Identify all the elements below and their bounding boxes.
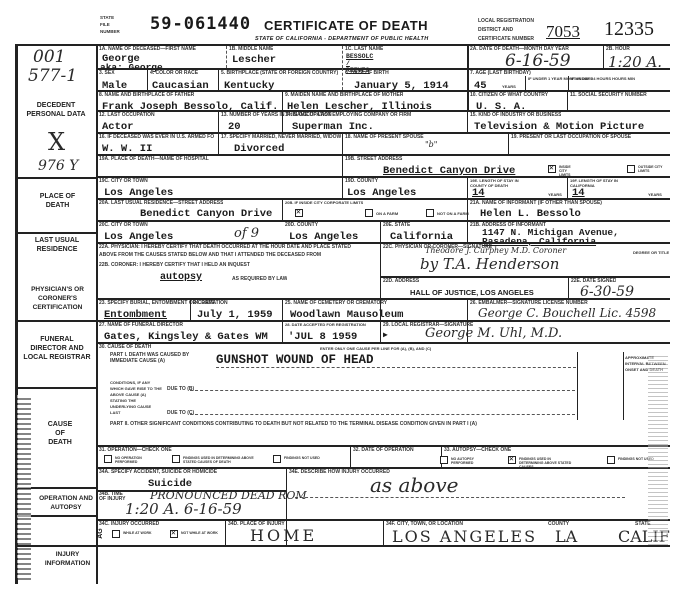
residence-inside-city-checkbox[interactable] [295, 209, 303, 217]
employer-label: 14. NAME OF LAST EMPLOYING COMPANY OR FI… [285, 112, 411, 118]
due-to-b-label: DUE TO (B) [167, 386, 194, 392]
divider [380, 220, 381, 242]
hospital-label: 19a. PLACE OF DEATH—NAME OF HOSPITAL [99, 156, 209, 162]
first-name-label: 1a. NAME OF DECEASED—FIRST NAME [99, 46, 196, 52]
conditions-label: CONDITIONS, IF ANY WHICH GAVE RISE TO TH… [110, 380, 162, 416]
divider [342, 46, 343, 68]
state-file-label: STATE FILE NUMBER [100, 14, 120, 35]
coroner-label: 22b. CORONER: I HEREBY CERTIFY THAT I HE… [99, 262, 379, 268]
dob-label: 6. DATE OF BIRTH [345, 70, 389, 76]
age-label: 7. AGE (LAST BIRTHDAY) [470, 70, 531, 76]
margin-stamp-artifact [17, 395, 31, 580]
sex-label: 3. SEX [99, 70, 115, 76]
operation-option-2: FINDINGS USED IN DETERMINING ABOVE STATE… [183, 456, 258, 464]
not-farm-checkbox[interactable] [426, 209, 434, 217]
divider [17, 320, 97, 322]
enter-note: ENTER ONLY ONE CAUSE PER LINE FOR (A), (… [320, 346, 431, 351]
physician-note: ABOVE FROM THE CAUSES STATED BELOW AND T… [99, 252, 379, 258]
on-farm-label: ON A FARM [376, 211, 398, 216]
veteran-label: 16. IF DECEASED WAS EVER IN U.S. ARMED F… [99, 134, 214, 140]
years-unit: YEARS [648, 192, 662, 197]
divider [380, 320, 381, 342]
outside-city-checkbox[interactable] [627, 165, 635, 173]
divider [218, 110, 219, 132]
registrar-signature: George M. Uhl, M.D. [425, 326, 562, 341]
divider [342, 68, 343, 90]
divider [218, 132, 219, 154]
autopsy-option-1-checkbox[interactable] [440, 456, 448, 464]
residence-county-label: 20d. COUNTY [285, 222, 318, 228]
signature-printed: Theodore J. Curphey M.D. Coroner [425, 246, 566, 255]
divider [17, 232, 97, 234]
death-city-label: 19c. CITY OR TOWN [99, 178, 148, 184]
last-name-label: 1c. LAST NAME [345, 46, 383, 52]
divider [97, 342, 670, 344]
divider [190, 414, 575, 415]
divider [295, 497, 625, 498]
divider [342, 132, 343, 154]
operation-option-1: NO OPERATION PERFORMED [115, 456, 155, 464]
injury-occurred-label: 34c. INJURY OCCURRED [99, 521, 159, 527]
section-physician-certification: PHYSICIAN'S OR CORONER'S CERTIFICATION [20, 285, 95, 312]
father-label: 8. NAME AND BIRTHPLACE OF FATHER [99, 92, 194, 98]
operation-date-label: 32. DATE OF OPERATION [353, 447, 414, 453]
injury-describe-label: 34e. DESCRIBE HOW INJURY OCCURRED [289, 469, 669, 475]
operation-option-3-checkbox[interactable] [273, 455, 281, 463]
divider [567, 176, 568, 198]
divider [467, 176, 468, 198]
divider [225, 519, 226, 545]
divider [147, 68, 148, 90]
part2-label: PART II. OTHER SIGNIFICANT CONDITIONS CO… [110, 421, 570, 427]
coroner-note: AS REQUIRED BY LAW [232, 276, 287, 282]
accepted-label: 28. DATE ACCEPTED FOR REGISTRATION [285, 322, 366, 327]
injury-place: HOME [250, 526, 317, 545]
while-at-work-checkbox[interactable] [112, 530, 120, 538]
document-title: CERTIFICATE OF DEATH [264, 18, 428, 33]
physician-label: 22a. PHYSICIAN: I HEREBY CERTIFY THAT DE… [99, 244, 379, 250]
informant: Helen L. Bessolo [480, 208, 581, 220]
residence-city-label: 20c. CITY OR TOWN [99, 222, 148, 228]
not-farm-label: NOT ON A FARM [437, 211, 469, 216]
residence-street-label: 20a. LAST USUAL RESIDENCE—STREET ADDRESS [99, 200, 223, 206]
outside-city-label: OUTSIDE CITY LIMITS [638, 165, 668, 173]
coroner-method: autopsy [160, 272, 202, 283]
divider [282, 110, 283, 132]
while-at-work-label: WHILE AT WORK [123, 531, 152, 535]
section-column-divider [96, 44, 98, 584]
injury-description: as above [370, 473, 458, 497]
section-last-usual-residence: LAST USUAL RESIDENCE [22, 236, 92, 254]
divider [467, 44, 469, 110]
industry-label: 15. KIND OF INDUSTRY OR BUSINESS [470, 112, 561, 118]
divider [350, 445, 351, 467]
autopsy-option-2-checkbox[interactable] [508, 456, 516, 464]
residence-street: Benedict Canyon Drive [140, 208, 272, 220]
divider [282, 198, 283, 220]
death-street-label: 19b. STREET ADDRESS [345, 156, 665, 162]
injury-type-label: 34a. SPECIFY ACCIDENT, SUICIDE OR HOMICI… [99, 469, 217, 475]
ssn-label: 11. SOCIAL SECURITY NUMBER [570, 92, 647, 98]
due-to-c-label: DUE TO (C) [167, 410, 194, 416]
spouse-label: 18. NAME OF PRESENT SPOUSE [345, 134, 424, 140]
middle-name-label: 1b. MIDDLE NAME [229, 46, 273, 52]
margin-code-1: 001 [33, 47, 65, 67]
injury-county: LA [555, 527, 577, 546]
local-registration-label: LOCAL REGISTRATION DISTRICT AND CERTIFIC… [478, 17, 536, 44]
certifier-address: HALL OF JUSTICE, LOS ANGELES [410, 288, 534, 297]
mother-label: 9. MAIDEN NAME AND BIRTHPLACE OF MOTHER [285, 92, 403, 98]
operation-option-1-checkbox[interactable] [104, 455, 112, 463]
degree-label: DEGREE OR TITLE [633, 250, 669, 255]
age-under-day-label: IF UNDER 24 HOURS HOURS MIN [571, 76, 635, 81]
divider [17, 387, 97, 389]
spouse-occupation-label: 19. PRESENT OR LAST OCCUPATION OF SPOUSE [511, 134, 631, 140]
certifier-address-label: 22d. ADDRESS [383, 278, 419, 284]
divider [380, 276, 670, 278]
section-injury-information: INJURY INFORMATION [40, 550, 95, 568]
marital-label: 17. SPECIFY MARRIED, NEVER MARRIED, WIDO… [221, 134, 341, 140]
divider [568, 276, 569, 298]
section-place-of-death: PLACE OF DEATH [30, 192, 85, 210]
divider [216, 367, 576, 368]
margin-code-3: 976 Y [38, 158, 78, 174]
immediate-cause: GUNSHOT WOUND OF HEAD [216, 353, 374, 367]
hour-label: 2b. HOUR [606, 46, 630, 52]
residence-inside-city-label: 20b. IF INSIDE CITY CORPORATE LIMITS [285, 200, 363, 205]
autopsy-label: 33. AUTOPSY—CHECK ONE [444, 447, 511, 453]
scan-artifact [648, 355, 668, 545]
operation-label: 31. OPERATION—CHECK ONE [99, 447, 172, 453]
residence-city-note: of 9 [234, 226, 259, 241]
part1-label: PART I. DEATH WAS CAUSED BY IMMEDIATE CA… [110, 352, 210, 364]
embalmer-signature: George C. Bouchell Lic. 4598 [478, 306, 656, 320]
divider [190, 390, 575, 391]
funeral-date-label: 24. DATE [193, 300, 215, 306]
document-subtitle: STATE OF CALIFORNIA - DEPARTMENT OF PUBL… [255, 36, 428, 42]
death-county-label: 19d. COUNTY [345, 178, 378, 184]
injury-time: 1:20 A. 6-16-59 [125, 500, 242, 518]
district-number: 7053 [546, 22, 580, 42]
cause-of-death-label: 30. CAUSE OF DEATH [99, 344, 151, 350]
divider [623, 352, 624, 420]
divider [567, 90, 568, 110]
race-label: 4. COLOR OR RACE [150, 70, 198, 76]
section-funeral-director: FUNERAL DIRECTOR AND LOCAL REGISTRAR [22, 335, 92, 362]
autopsy-option-3-checkbox[interactable] [607, 456, 615, 464]
middle-name: Lescher [232, 54, 276, 66]
divider [218, 68, 219, 90]
occupation-label: 12. LAST OCCUPATION [99, 112, 155, 118]
injury-city: LOS ANGELES [392, 527, 537, 546]
ag-mark: AG [97, 528, 104, 539]
inside-city-checkbox[interactable] [548, 165, 556, 173]
section-decedent-personal-data: DECEDENT PERSONAL DATA [20, 101, 92, 119]
operation-option-3: FINDINGS NOT USED [284, 456, 344, 460]
margin-code-2: 577-1 [28, 66, 77, 86]
certificate-number: 59-061440 [150, 14, 251, 34]
operation-option-2-checkbox[interactable] [172, 455, 180, 463]
not-at-work-label: NOT WHILE AT WORK [181, 531, 218, 535]
section-operation-autopsy: OPERATION AND AUTOPSY [36, 494, 96, 512]
divider [190, 298, 191, 320]
age-unit: YEARS [502, 84, 516, 89]
divider [282, 90, 283, 110]
not-at-work-checkbox[interactable] [170, 530, 178, 538]
spouse: "b" [425, 140, 437, 149]
coroner-signature: by T.A. Henderson [420, 255, 559, 273]
years-unit: YEARS [548, 192, 562, 197]
divider [226, 46, 227, 68]
divider [577, 352, 578, 420]
divider [603, 44, 604, 68]
autopsy-option-1: NO AUTOPSY PERFORMED [451, 457, 486, 465]
arrow-icon: ▶ [383, 330, 388, 340]
funeral-director-label: 27. NAME OF FUNERAL DIRECTOR [99, 322, 183, 328]
frame-bottom-edge [17, 545, 670, 547]
margin-x-mark: X [48, 128, 65, 156]
residence-state-label: 20e. STATE [383, 222, 410, 228]
divider [568, 76, 569, 90]
local-certificate-number: 12335 [604, 18, 654, 41]
citizen-label: 10. CITIZEN OF WHAT COUNTRY [470, 92, 548, 98]
divider [467, 110, 468, 132]
birthplace-label: 5. BIRTHPLACE (STATE OR FOREIGN COUNTRY) [221, 70, 338, 76]
informant-label: 21a. NAME OF INFORMANT (IF OTHER THAN SP… [470, 200, 602, 206]
divider [508, 132, 509, 154]
divider [17, 177, 97, 179]
divider [525, 76, 526, 90]
on-farm-checkbox[interactable] [365, 209, 373, 217]
divider [383, 519, 384, 545]
cemetery-label: 25. NAME OF CEMETERY OR CREMATORY [285, 300, 387, 306]
section-cause-of-death: CAUSE OF DEATH [45, 420, 75, 447]
